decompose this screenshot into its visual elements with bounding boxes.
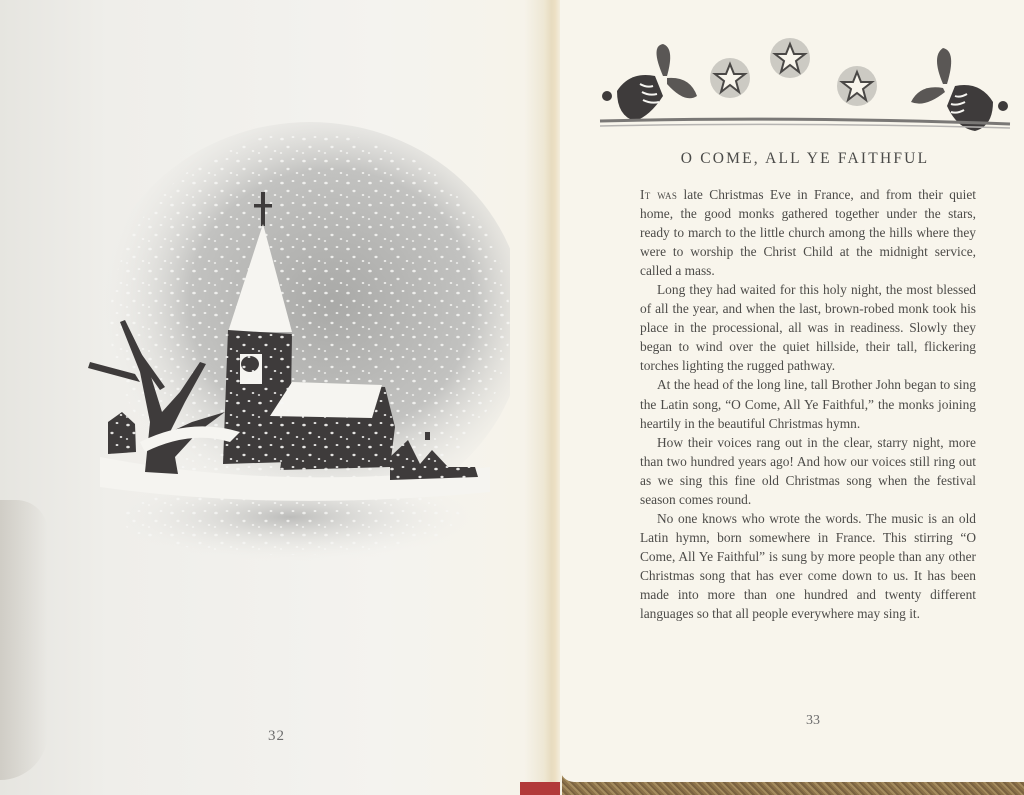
star-icon-3 <box>837 66 877 106</box>
page-number-left: 32 <box>268 728 285 745</box>
chapter-title: O COME, ALL YE FAITHFUL <box>600 150 1010 168</box>
paragraph-2: Long they had waited for this holy night… <box>640 280 976 375</box>
bell-left-icon <box>602 44 697 121</box>
lead-small-caps: It was <box>640 187 677 202</box>
header-ornament <box>595 36 1015 136</box>
story-text: It was late Christmas Eve in France, and… <box>640 185 976 623</box>
book-cover-edge <box>520 782 560 795</box>
hand-shadow <box>0 500 48 780</box>
paragraph-4: How their voices rang out in the clear, … <box>640 433 976 509</box>
bell-right-icon <box>911 48 1008 131</box>
paragraph-3: At the head of the long line, tall Broth… <box>640 375 976 432</box>
page-number-right: 33 <box>806 713 820 729</box>
church-snow-illustration <box>80 112 510 582</box>
star-icon-1 <box>710 58 750 98</box>
paragraph-1: It was late Christmas Eve in France, and… <box>640 185 976 280</box>
paragraph-5: No one knows who wrote the words. The mu… <box>640 509 976 623</box>
star-icon-2 <box>770 38 810 78</box>
